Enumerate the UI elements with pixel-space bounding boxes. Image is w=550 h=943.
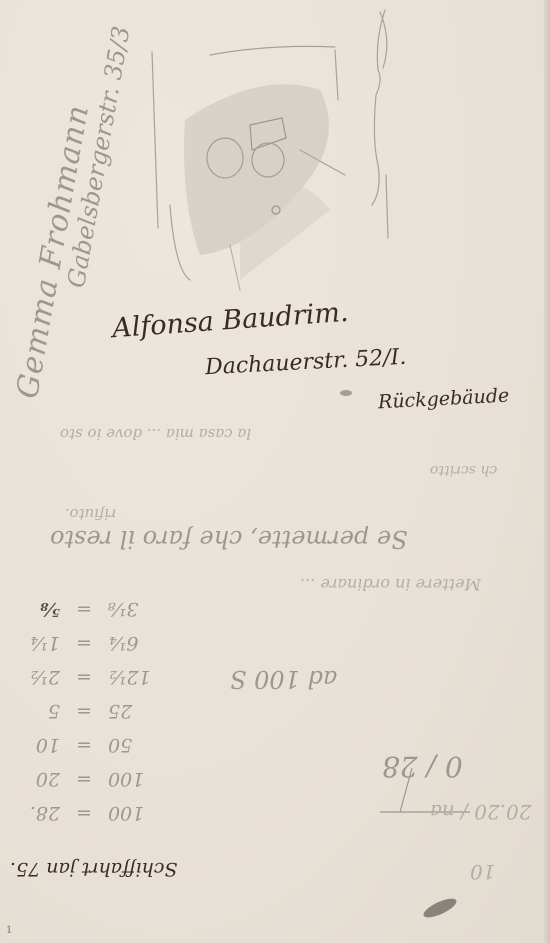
calc-result: 10 xyxy=(4,728,60,762)
calc-equals: = xyxy=(66,762,102,796)
calc-equals: = xyxy=(66,694,102,728)
calc-row: 6¼ = 1¼ xyxy=(4,626,164,660)
calc-equals: = xyxy=(66,796,102,830)
calc-value: 100 xyxy=(108,796,164,830)
signature: Schiffahrt jan 75. xyxy=(10,858,177,880)
calc-equals: = xyxy=(66,660,102,694)
calc-row: 3⅛ = ⅝ xyxy=(4,592,164,626)
calc-result: ⅝ xyxy=(4,592,60,626)
calculation-table: 100 = 28. 100 = 20 50 = 10 25 = 5 12½ = … xyxy=(4,592,164,830)
upside-down-note-3: rifiuto. xyxy=(65,505,116,523)
bottom-right-note-2: 20.20 / na xyxy=(430,800,532,824)
calc-value: 12½ xyxy=(108,660,164,694)
notebook-page: Gemma Frohmann Gabelsbergerstr. 35/3 Alf… xyxy=(0,0,550,943)
bottom-right-note-1: 0 / 28 xyxy=(382,750,463,783)
calc-result: 2½ xyxy=(4,660,60,694)
upside-down-note-6: ad 100 S xyxy=(230,665,337,693)
calc-equals: = xyxy=(66,626,102,660)
calc-value: 50 xyxy=(108,728,164,762)
page-number: 1 xyxy=(6,925,12,936)
calc-row: 50 = 10 xyxy=(4,728,164,762)
calc-value: 6¼ xyxy=(108,626,164,660)
calc-equals: = xyxy=(66,592,102,626)
calc-value: 3⅛ xyxy=(108,592,164,626)
calc-value: 100 xyxy=(108,762,164,796)
calc-row: 25 = 5 xyxy=(4,694,164,728)
calc-equals: = xyxy=(66,728,102,762)
calc-result: 28. xyxy=(4,796,60,830)
upside-down-note-5: Mettere in ordinare ... xyxy=(300,575,481,594)
calc-result: 5 xyxy=(4,694,60,728)
calc-row: 100 = 20 xyxy=(4,762,164,796)
calc-value: 25 xyxy=(108,694,164,728)
calc-row: 12½ = 2½ xyxy=(4,660,164,694)
upside-down-note-2: ch scritto xyxy=(430,462,497,478)
upside-down-note-1: la casa mia ... dove io sto xyxy=(60,425,251,443)
bottom-right-note-3: 10 xyxy=(470,860,495,884)
upside-down-note-4: Se permette, che faro il resto xyxy=(50,525,408,553)
calc-row: 100 = 28. xyxy=(4,796,164,830)
calc-result: 1¼ xyxy=(4,626,60,660)
calc-result: 20 xyxy=(4,762,60,796)
